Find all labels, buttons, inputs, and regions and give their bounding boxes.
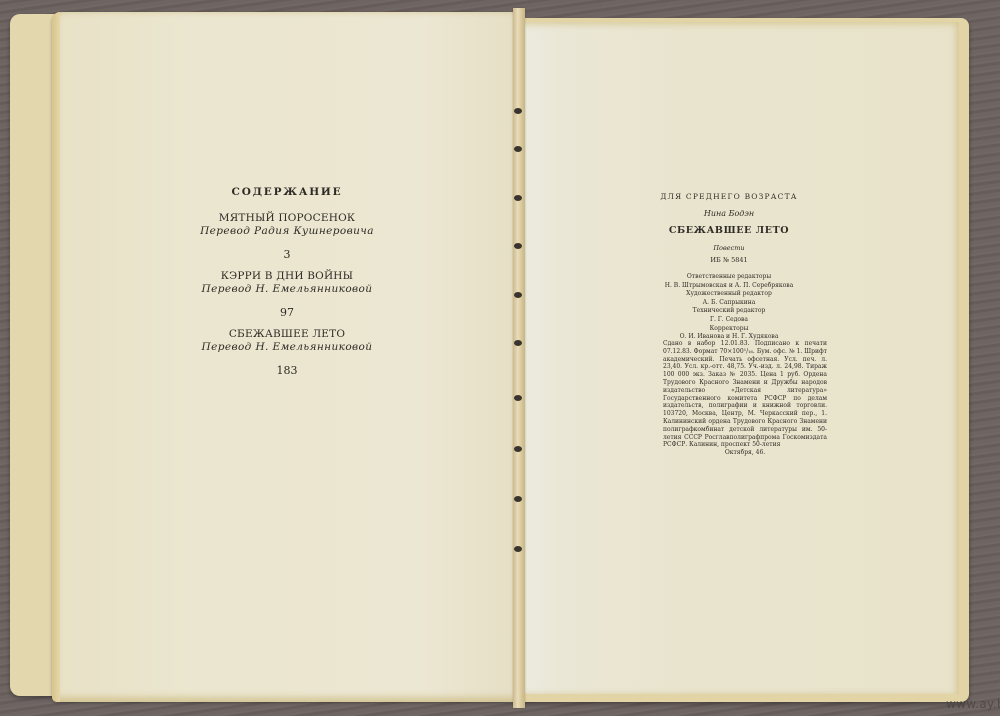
toc-entry-title: МЯТНЫЙ ПОРОСЕНОК (187, 212, 387, 225)
toc-entry: КЭРРИ В ДНИ ВОЙНЫ Перевод Н. Емельяннико… (187, 270, 387, 319)
colophon-last-line: Октября, 46. (663, 449, 827, 457)
credit-line: Художественный редактор (636, 290, 822, 299)
editorial-credits: Ответственные редакторы Н. В. Штрымовска… (636, 273, 822, 342)
binding-stitch (514, 292, 522, 298)
toc-entry-translator: Перевод Н. Емельянниковой (187, 283, 387, 296)
toc-entry-title: СБЕЖАВШЕЕ ЛЕТО (187, 328, 387, 341)
credit-line: Г. Г. Седова (636, 316, 822, 325)
table-of-contents: СОДЕРЖАНИЕ МЯТНЫЙ ПОРОСЕНОК Перевод Ради… (187, 186, 387, 386)
binding-stitch (514, 340, 522, 346)
genre-label: Повести (636, 244, 822, 252)
binding-stitch (514, 395, 522, 401)
binding-stitch (514, 546, 522, 552)
toc-entry-page: 183 (187, 364, 387, 377)
colophon: Сдано в набор 12.01.83. Подписано к печа… (663, 340, 827, 457)
series-label: ДЛЯ СРЕДНЕГО ВОЗРАСТА (636, 192, 822, 201)
credit-line: А. Б. Сапрыкина (636, 299, 822, 308)
toc-entry-translator: Перевод Н. Емельянниковой (187, 341, 387, 354)
toc-entry: СБЕЖАВШЕЕ ЛЕТО Перевод Н. Емельянниковой… (187, 328, 387, 377)
imprint-block: ДЛЯ СРЕДНЕГО ВОЗРАСТА Нина Бодэн СБЕЖАВШ… (636, 192, 822, 342)
open-book: СОДЕРЖАНИЕ МЯТНЫЙ ПОРОСЕНОК Перевод Ради… (0, 0, 1000, 716)
credit-line: Корректоры (636, 325, 822, 334)
binding-stitch (514, 243, 522, 249)
toc-entry-title: КЭРРИ В ДНИ ВОЙНЫ (187, 270, 387, 283)
binding-stitch (514, 108, 522, 114)
toc-entry-page: 97 (187, 306, 387, 319)
binding-stitch (514, 496, 522, 502)
credit-line: Н. В. Штрымовская и А. П. Серебрякова (636, 282, 822, 291)
toc-entry-page: 3 (187, 248, 387, 261)
binding-stitch (514, 195, 522, 201)
toc-entry-translator: Перевод Радия Кушнеровича (187, 225, 387, 238)
left-page-edge (52, 12, 60, 702)
watermark: www.ay.by (946, 697, 1000, 711)
toc-title: СОДЕРЖАНИЕ (187, 186, 387, 198)
binding-stitch (514, 146, 522, 152)
credit-line: Ответственные редакторы (636, 273, 822, 282)
toc-entry: МЯТНЫЙ ПОРОСЕНОК Перевод Радия Кушнерови… (187, 212, 387, 261)
book-title: СБЕЖАВШЕЕ ЛЕТО (636, 225, 822, 236)
credit-line: Технический редактор (636, 307, 822, 316)
author-name: Нина Бодэн (636, 209, 822, 218)
binding-stitch (514, 446, 522, 452)
ib-number: ИБ № 5841 (636, 256, 822, 264)
colophon-text: Сдано в набор 12.01.83. Подписано к печа… (663, 340, 827, 449)
